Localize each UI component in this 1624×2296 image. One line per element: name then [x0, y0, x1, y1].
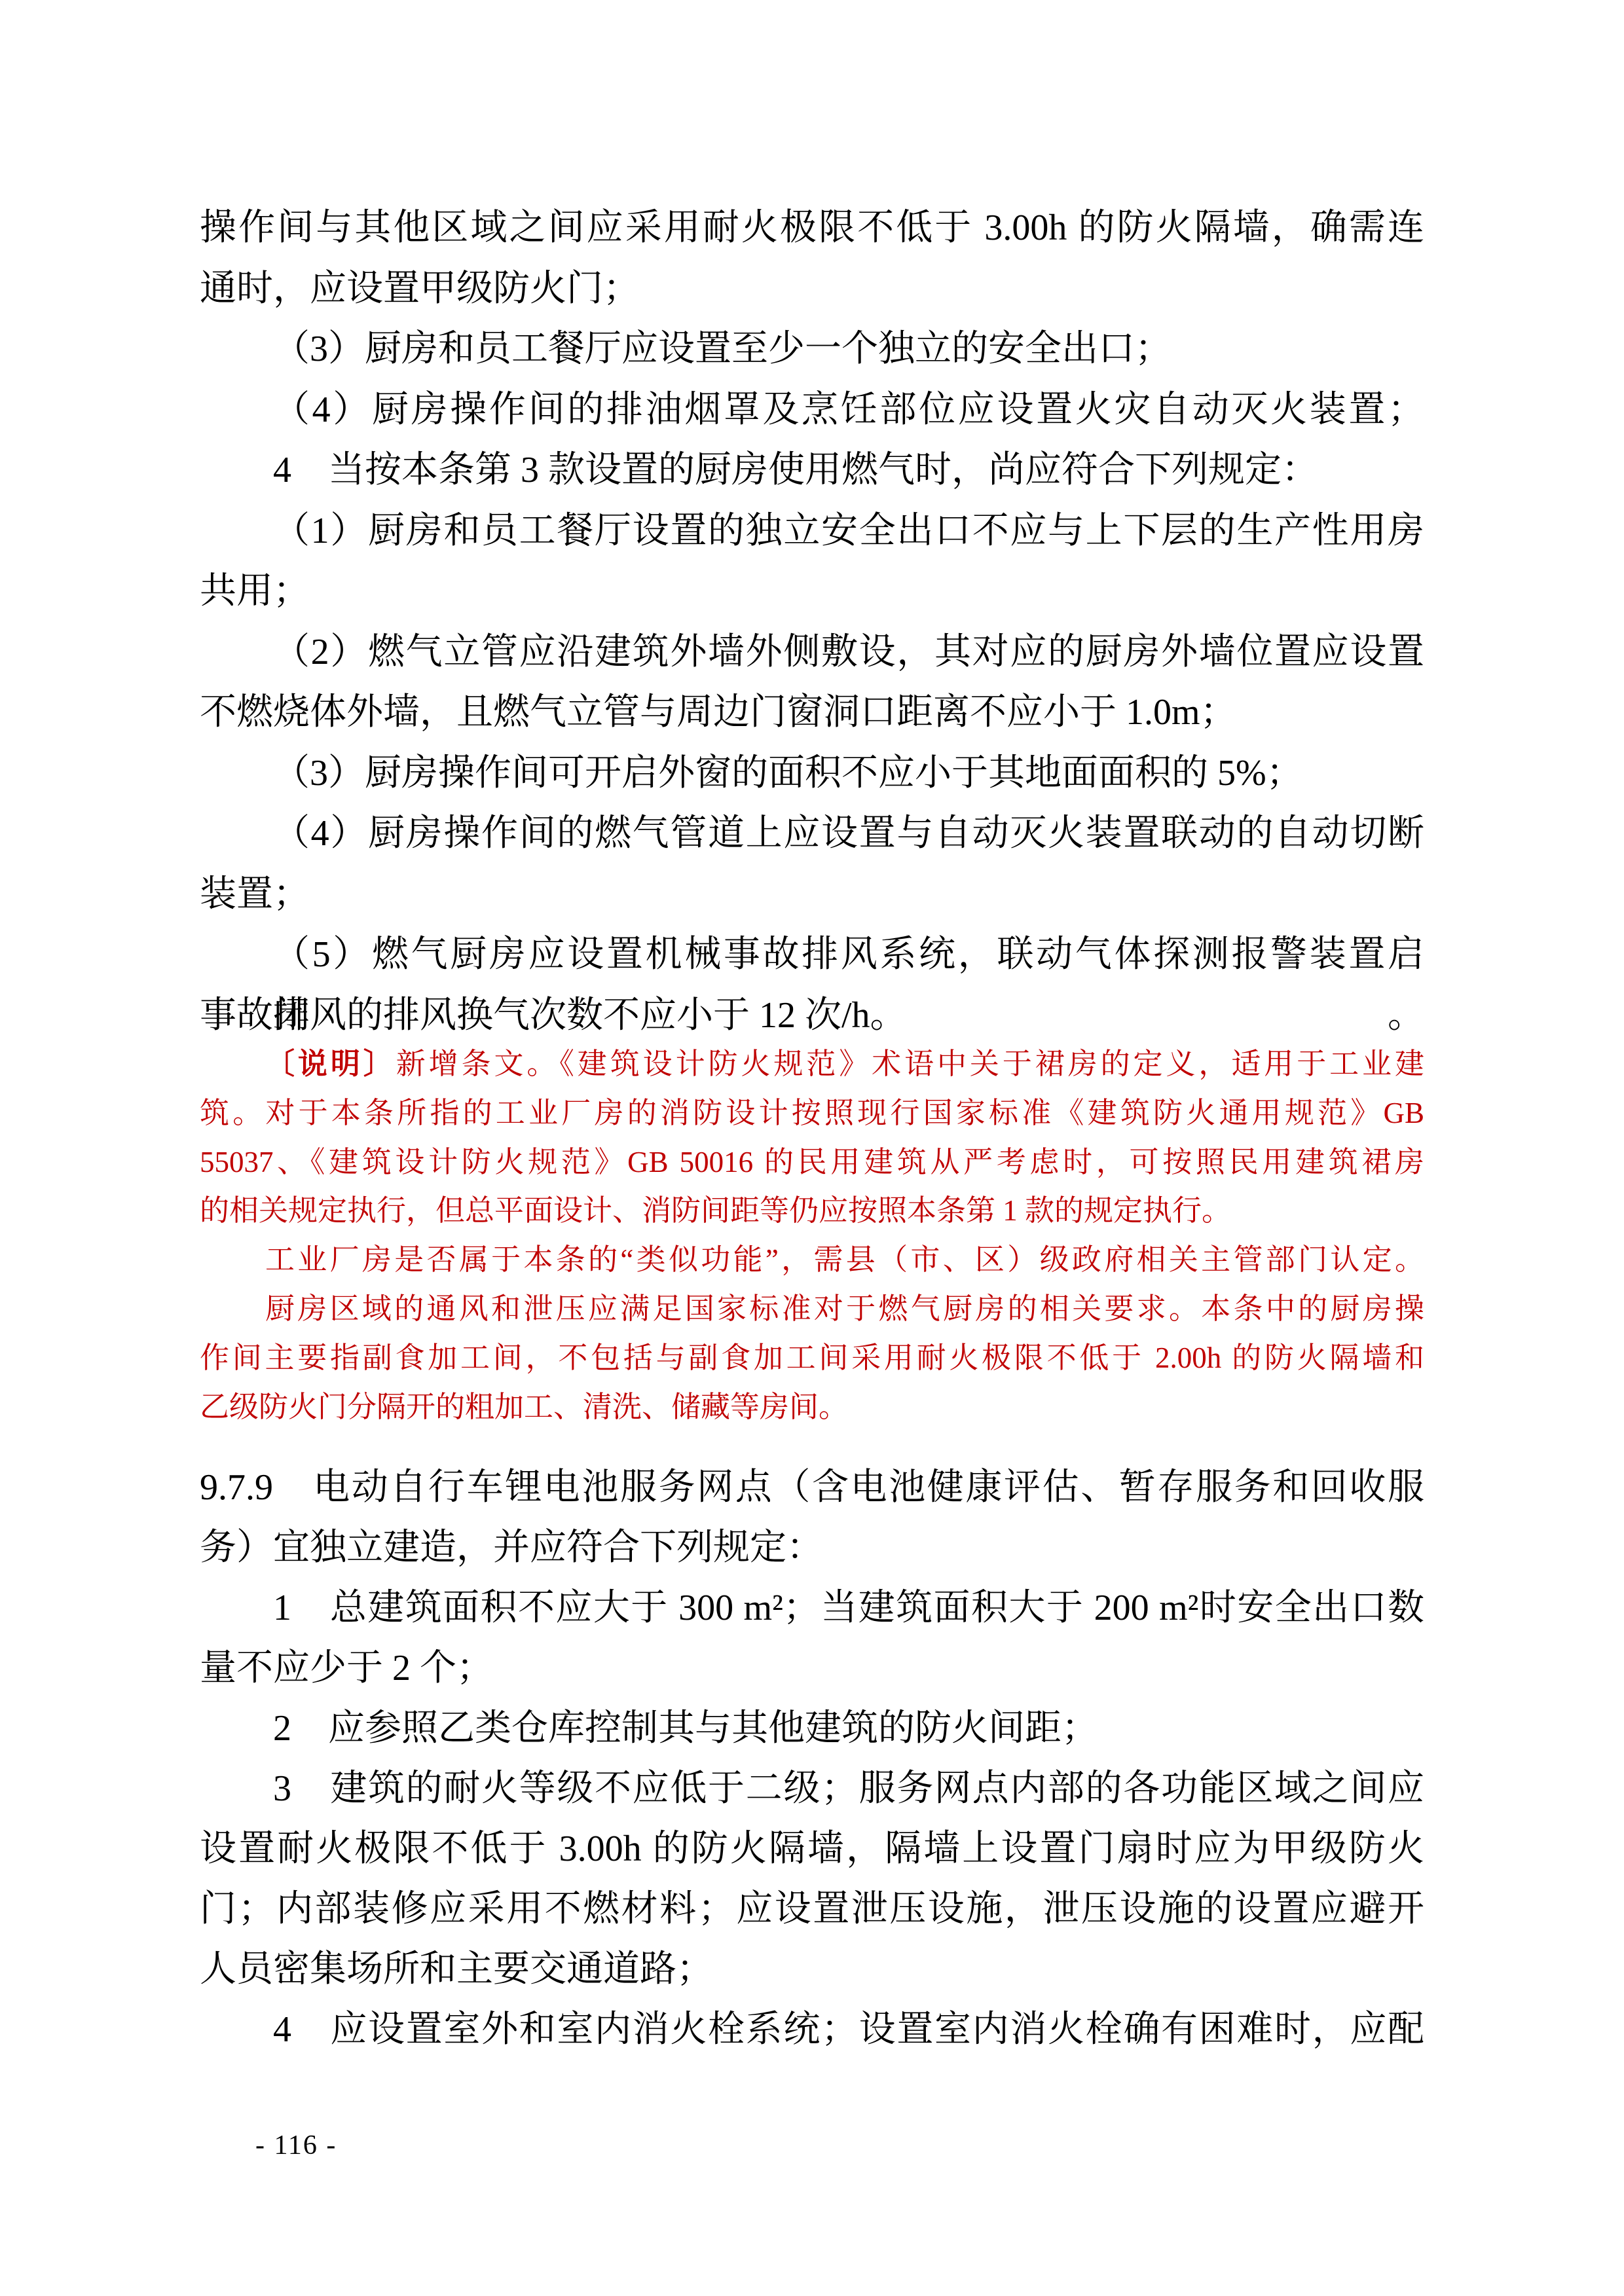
text-line: （1）厨房和员工餐厅设置的独立安全出口不应与上下层的生产性用房: [200, 501, 1424, 562]
clause-979-block: 9.7.9 电动自行车锂电池服务网点（含电池健康评估、暂存服务和回收服 务）宜独…: [200, 1457, 1424, 2060]
text-line: （3）厨房和员工餐厅应设置至少一个独立的安全出口；: [200, 319, 1424, 380]
text-line: 量不应少于 2 个；: [200, 1638, 1424, 1698]
clause-heading-line: 9.7.9 电动自行车锂电池服务网点（含电池健康评估、暂存服务和回收服: [200, 1457, 1424, 1518]
text-line: 共用；: [200, 561, 1424, 622]
document-page: 操作间与其他区域之间应采用耐火极限不低于 3.00h 的防火隔墙，确需连 通时，…: [0, 0, 1624, 2296]
text-line: 务）宜独立建造，并应符合下列规定：: [200, 1518, 1424, 1578]
text-line: （4）厨房操作间的排油烟罩及烹饪部位应设置火灾自动灭火装置；: [200, 380, 1424, 441]
text-line: 4 应设置室外和室内消火栓系统；设置室内消火栓确有困难时，应配: [200, 1999, 1424, 2060]
text-line: 人员密集场所和主要交通道路；: [200, 1939, 1424, 1999]
text-line: 装置；: [200, 864, 1424, 925]
page-number: - 116 -: [255, 2129, 337, 2162]
body-paragraph-block: 操作间与其他区域之间应采用耐火极限不低于 3.00h 的防火隔墙，确需连 通时，…: [200, 198, 1424, 1046]
text-line: （2）燃气立管应沿建筑外墙外侧敷设，其对应的厨房外墙位置应设置: [200, 622, 1424, 683]
text-line: 3 建筑的耐火等级不应低于二级；服务网点内部的各功能区域之间应: [200, 1758, 1424, 1819]
text-line: （3）厨房操作间可开启外窗的面积不应小于其地面面积的 5%；: [200, 743, 1424, 804]
explanation-note-block: 〔说明〕新增条文。《建筑设计防火规范》术语中关于裙房的定义，适用于工业建 筑。对…: [200, 1040, 1424, 1431]
text-line: 设置耐火极限不低于 3.00h 的防火隔墙，隔墙上设置门扇时应为甲级防火: [200, 1819, 1424, 1879]
text-line: 通时，应设置甲级防火门；: [200, 259, 1424, 319]
note-label: 〔说明〕: [265, 1048, 396, 1080]
text-line: 新增条文。《建筑设计防火规范》术语中关于裙房的定义，适用于工业建: [396, 1048, 1424, 1080]
text-line: 工业厂房是否属于本条的“类似功能”，需县（市、区）级政府相关主管部门认定。: [200, 1235, 1424, 1285]
text-line: 55037、《建筑设计防火规范》GB 50016 的民用建筑从严考虑时，可按照民…: [200, 1138, 1424, 1187]
text-line: 作间主要指副食加工间，不包括与副食加工间采用耐火极限不低于 2.00h 的防火隔…: [200, 1334, 1424, 1383]
text-line: 1 总建筑面积不应大于 300 m²；当建筑面积大于 200 m²时安全出口数: [200, 1578, 1424, 1638]
text-line: （4）厨房操作间的燃气管道上应设置与自动灭火装置联动的自动切断: [200, 803, 1424, 864]
text-line: 不燃烧体外墙，且燃气立管与周边门窗洞口距离不应小于 1.0m；: [200, 682, 1424, 743]
text-line: 厨房区域的通风和泄压应满足国家标准对于燃气厨房的相关要求。本条中的厨房操: [200, 1285, 1424, 1334]
text-line: 门；内部装修应采用不燃材料；应设置泄压设施，泄压设施的设置应避开: [200, 1879, 1424, 1939]
text-line: 4 当按本条第 3 款设置的厨房使用燃气时，尚应符合下列规定：: [200, 440, 1424, 501]
text-line: （5）燃气厨房应设置机械事故排风系统，联动气体探测报警装置启闭。: [200, 924, 1424, 985]
text-line: 2 应参照乙类仓库控制其与其他建筑的防火间距；: [200, 1698, 1424, 1758]
text-line: 乙级防火门分隔开的粗加工、清洗、储藏等房间。: [200, 1383, 1424, 1432]
text-line: 筑。对于本条所指的工业厂房的消防设计按照现行国家标准《建筑防火通用规范》GB: [200, 1089, 1424, 1138]
text-line: 的相关规定执行，但总平面设计、消防间距等仍应按照本条第 1 款的规定执行。: [200, 1186, 1424, 1235]
text-line: 操作间与其他区域之间应采用耐火极限不低于 3.00h 的防火隔墙，确需连: [200, 198, 1424, 259]
note-first-line: 〔说明〕新增条文。《建筑设计防火规范》术语中关于裙房的定义，适用于工业建: [200, 1040, 1424, 1089]
